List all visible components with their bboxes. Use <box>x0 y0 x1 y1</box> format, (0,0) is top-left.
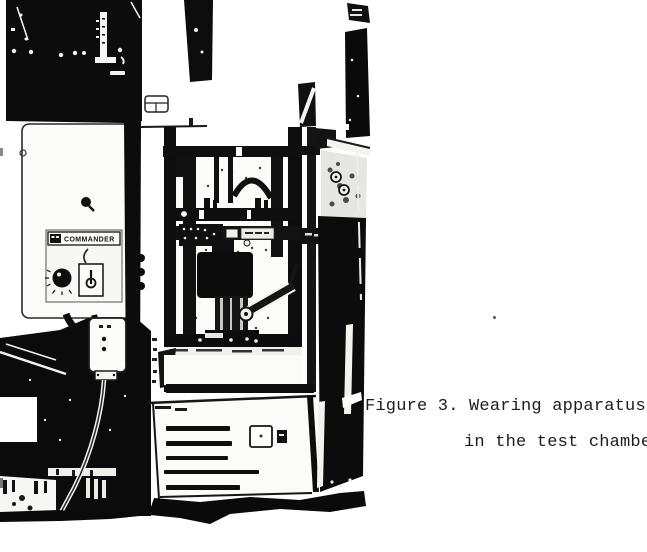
chamber-floor <box>158 333 314 393</box>
junction-box <box>89 318 126 380</box>
door-top-blob <box>347 3 370 23</box>
workbench <box>0 318 151 518</box>
control-box-label: COMMANDER <box>64 237 115 244</box>
power-button <box>250 426 272 447</box>
door-panel <box>318 216 366 492</box>
wall-edge-line <box>141 126 207 127</box>
document-page: COMMANDER <box>0 0 647 552</box>
control-box: COMMANDER <box>20 124 132 334</box>
inner-post-right <box>271 157 283 257</box>
figure-photo: COMMANDER <box>0 0 647 552</box>
front-dark-band <box>166 384 314 393</box>
latch-block <box>145 96 168 112</box>
door-frame-column <box>345 28 370 138</box>
door-hinge-column <box>307 127 316 392</box>
cabinet-latch <box>277 430 287 443</box>
commander-panel: COMMANDER <box>45 230 122 302</box>
upper-crossbeam <box>176 208 302 221</box>
caption-line-2: in the test chamber <box>464 433 647 452</box>
wall-tick <box>189 118 193 127</box>
photo-illustration: COMMANDER <box>0 0 647 552</box>
machine-column <box>184 0 213 82</box>
stray-dot <box>493 316 496 319</box>
caption-line-1: Figure 3. Wearing apparatus <box>365 397 646 416</box>
label-plate <box>241 228 274 239</box>
power-switch-icon <box>79 264 103 296</box>
top-beam <box>163 146 302 157</box>
door-window <box>321 150 367 218</box>
brand-logo-icon <box>50 234 61 243</box>
